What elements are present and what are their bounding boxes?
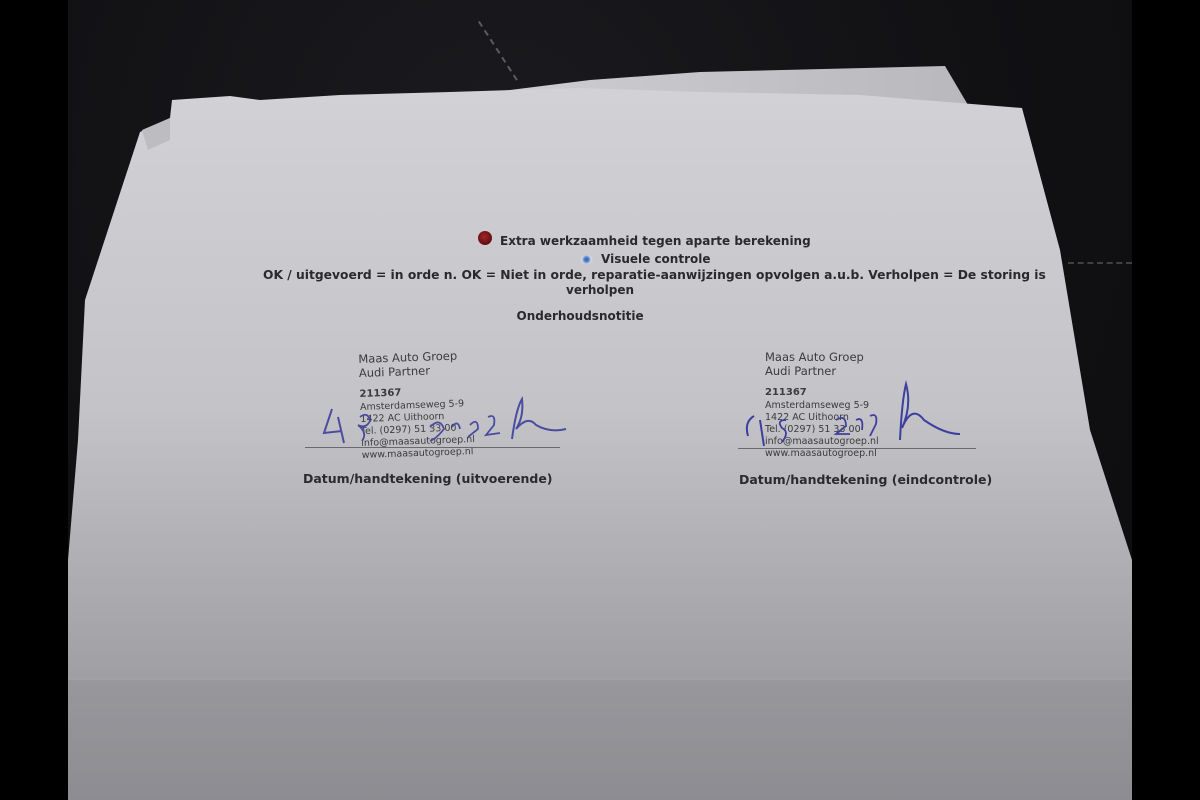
red-dot-icon [478, 231, 492, 245]
signature-caption-right: Datum/handtekening (eindcontrole) [739, 472, 992, 487]
legend-visual-check: Visuele controle [580, 252, 711, 266]
eye-icon [580, 255, 593, 264]
legend-extra-work: Extra werkzaamheid tegen aparte berekeni… [478, 228, 811, 248]
stamp-subtitle: Audi Partner [765, 364, 879, 378]
signature-caption-left: Datum/handtekening (uitvoerende) [303, 471, 553, 486]
explanation-text-cont: verholpen [566, 283, 634, 297]
handwritten-signature-left [320, 395, 570, 450]
legend-visual-check-label: Visuele controle [601, 252, 711, 266]
service-document: Extra werkzaamheid tegen aparte berekeni… [0, 0, 1200, 800]
section-title: Onderhoudsnotitie [517, 309, 644, 323]
stamp-subtitle: Audi Partner [359, 362, 473, 380]
stamp-company: Maas Auto Groep [765, 350, 879, 364]
handwritten-signature-right [740, 380, 970, 450]
legend-extra-work-label: Extra werkzaamheid tegen aparte berekeni… [500, 234, 811, 248]
explanation-text: OK / uitgevoerd = in orde n. OK = Niet i… [263, 268, 1046, 282]
